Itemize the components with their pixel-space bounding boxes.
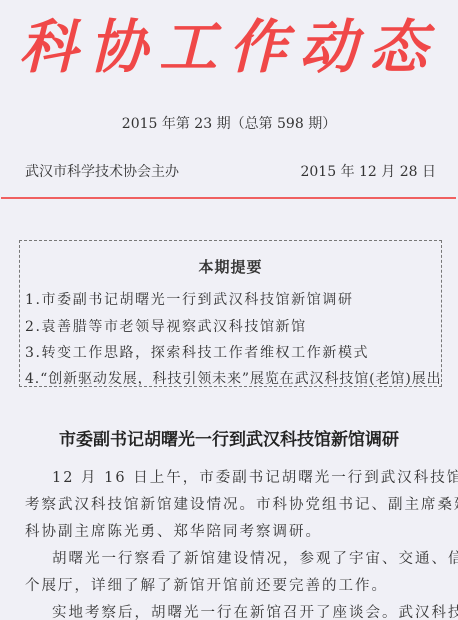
paragraph-line: 考察武汉科技馆新馆建设情况。市科协党组书记、副主席桑建平，市: [25, 493, 458, 514]
summary-title: 本期提要: [20, 256, 441, 277]
summary-item: 2.袁善腊等市老领导视察武汉科技馆新馆: [25, 316, 307, 336]
paragraph-line: 12 月 16 日上午，市委副书记胡曙光一行到武汉科技馆新馆调研，: [52, 466, 458, 487]
summary-box: 本期提要 1.市委副书记胡曙光一行到武汉科技馆新馆调研 2.袁善腊等市老领导视察…: [19, 240, 442, 387]
paragraph-line: 个展厅，详细了解了新馆开馆前还要完善的工作。: [25, 574, 388, 595]
summary-item: 4.“创新驱动发展，科技引领未来”展览在武汉科技馆(老馆)展出: [25, 368, 442, 388]
summary-item: 3.转变工作思路，探索科技工作者维权工作新模式: [25, 342, 369, 362]
paragraph-line: 胡曙光一行察看了新馆建设情况，参观了宇宙、交通、信息等五: [52, 547, 458, 568]
publisher: 武汉市科学技术协会主办: [25, 161, 179, 181]
issue-number: 2015 年第 23 期（总第 598 期）: [0, 113, 458, 133]
red-divider: [1, 197, 456, 199]
paragraph-line: 实地考察后，胡曙光一行在新馆召开了座谈会。武汉科技馆负责: [52, 601, 458, 620]
paragraph-line: 科协副主席陈光勇、郑华陪同考察调研。: [25, 520, 322, 541]
article-title: 市委副书记胡曙光一行到武汉科技馆新馆调研: [0, 425, 458, 450]
summary-item: 1.市委副书记胡曙光一行到武汉科技馆新馆调研: [25, 289, 354, 309]
masthead-title: 科协工作动态: [0, 2, 458, 82]
publish-date: 2015 年 12 月 28 日: [300, 161, 436, 181]
